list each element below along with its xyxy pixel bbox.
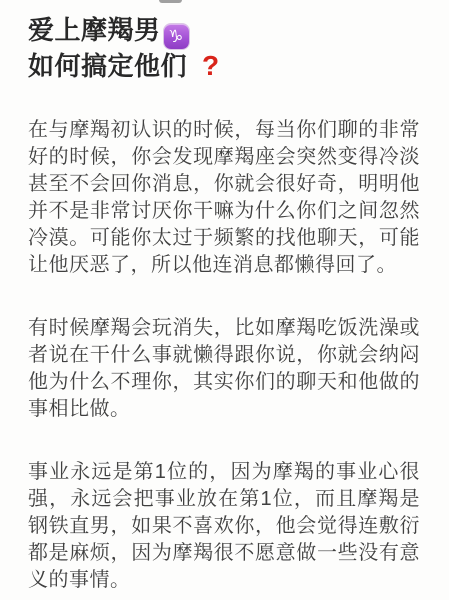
cropped-content-sliver (159, 0, 182, 3)
article-page: 爱上摩羯男♑ 如何搞定他们? 在与摩羯初认识的时候，每当你们聊的非常好的时候，你… (0, 0, 449, 600)
title-line-1: 爱上摩羯男♑ (28, 13, 421, 49)
article-body: 在与摩羯初认识的时候，每当你们聊的非常好的时候，你会发现摩羯座会突然变得冷淡甚至… (0, 117, 449, 594)
paragraph-2: 有时候摩羯会玩消失，比如摩羯吃饭洗澡或者说在干什么事就懒得跟你说，你就会纳闷他为… (28, 315, 420, 423)
title-line-1-text: 爱上摩羯男 (28, 15, 161, 45)
title-line-2: 如何搞定他们? (28, 49, 421, 83)
article-title: 爱上摩羯男♑ 如何搞定他们? (0, 0, 449, 83)
paragraph-3: 事业永远是第1位的，因为摩羯的事业心很强，永远会把事业放在第1位，而且摩羯是钢铁… (28, 459, 420, 594)
paragraph-1: 在与摩羯初认识的时候，每当你们聊的非常好的时候，你会发现摩羯座会突然变得冷淡甚至… (28, 117, 420, 279)
title-line-2-text: 如何搞定他们 (28, 51, 187, 81)
red-question-mark-icon: ? (202, 50, 220, 81)
capricorn-glyph: ♑ (164, 24, 189, 49)
capricorn-emoji: ♑ (164, 24, 189, 49)
